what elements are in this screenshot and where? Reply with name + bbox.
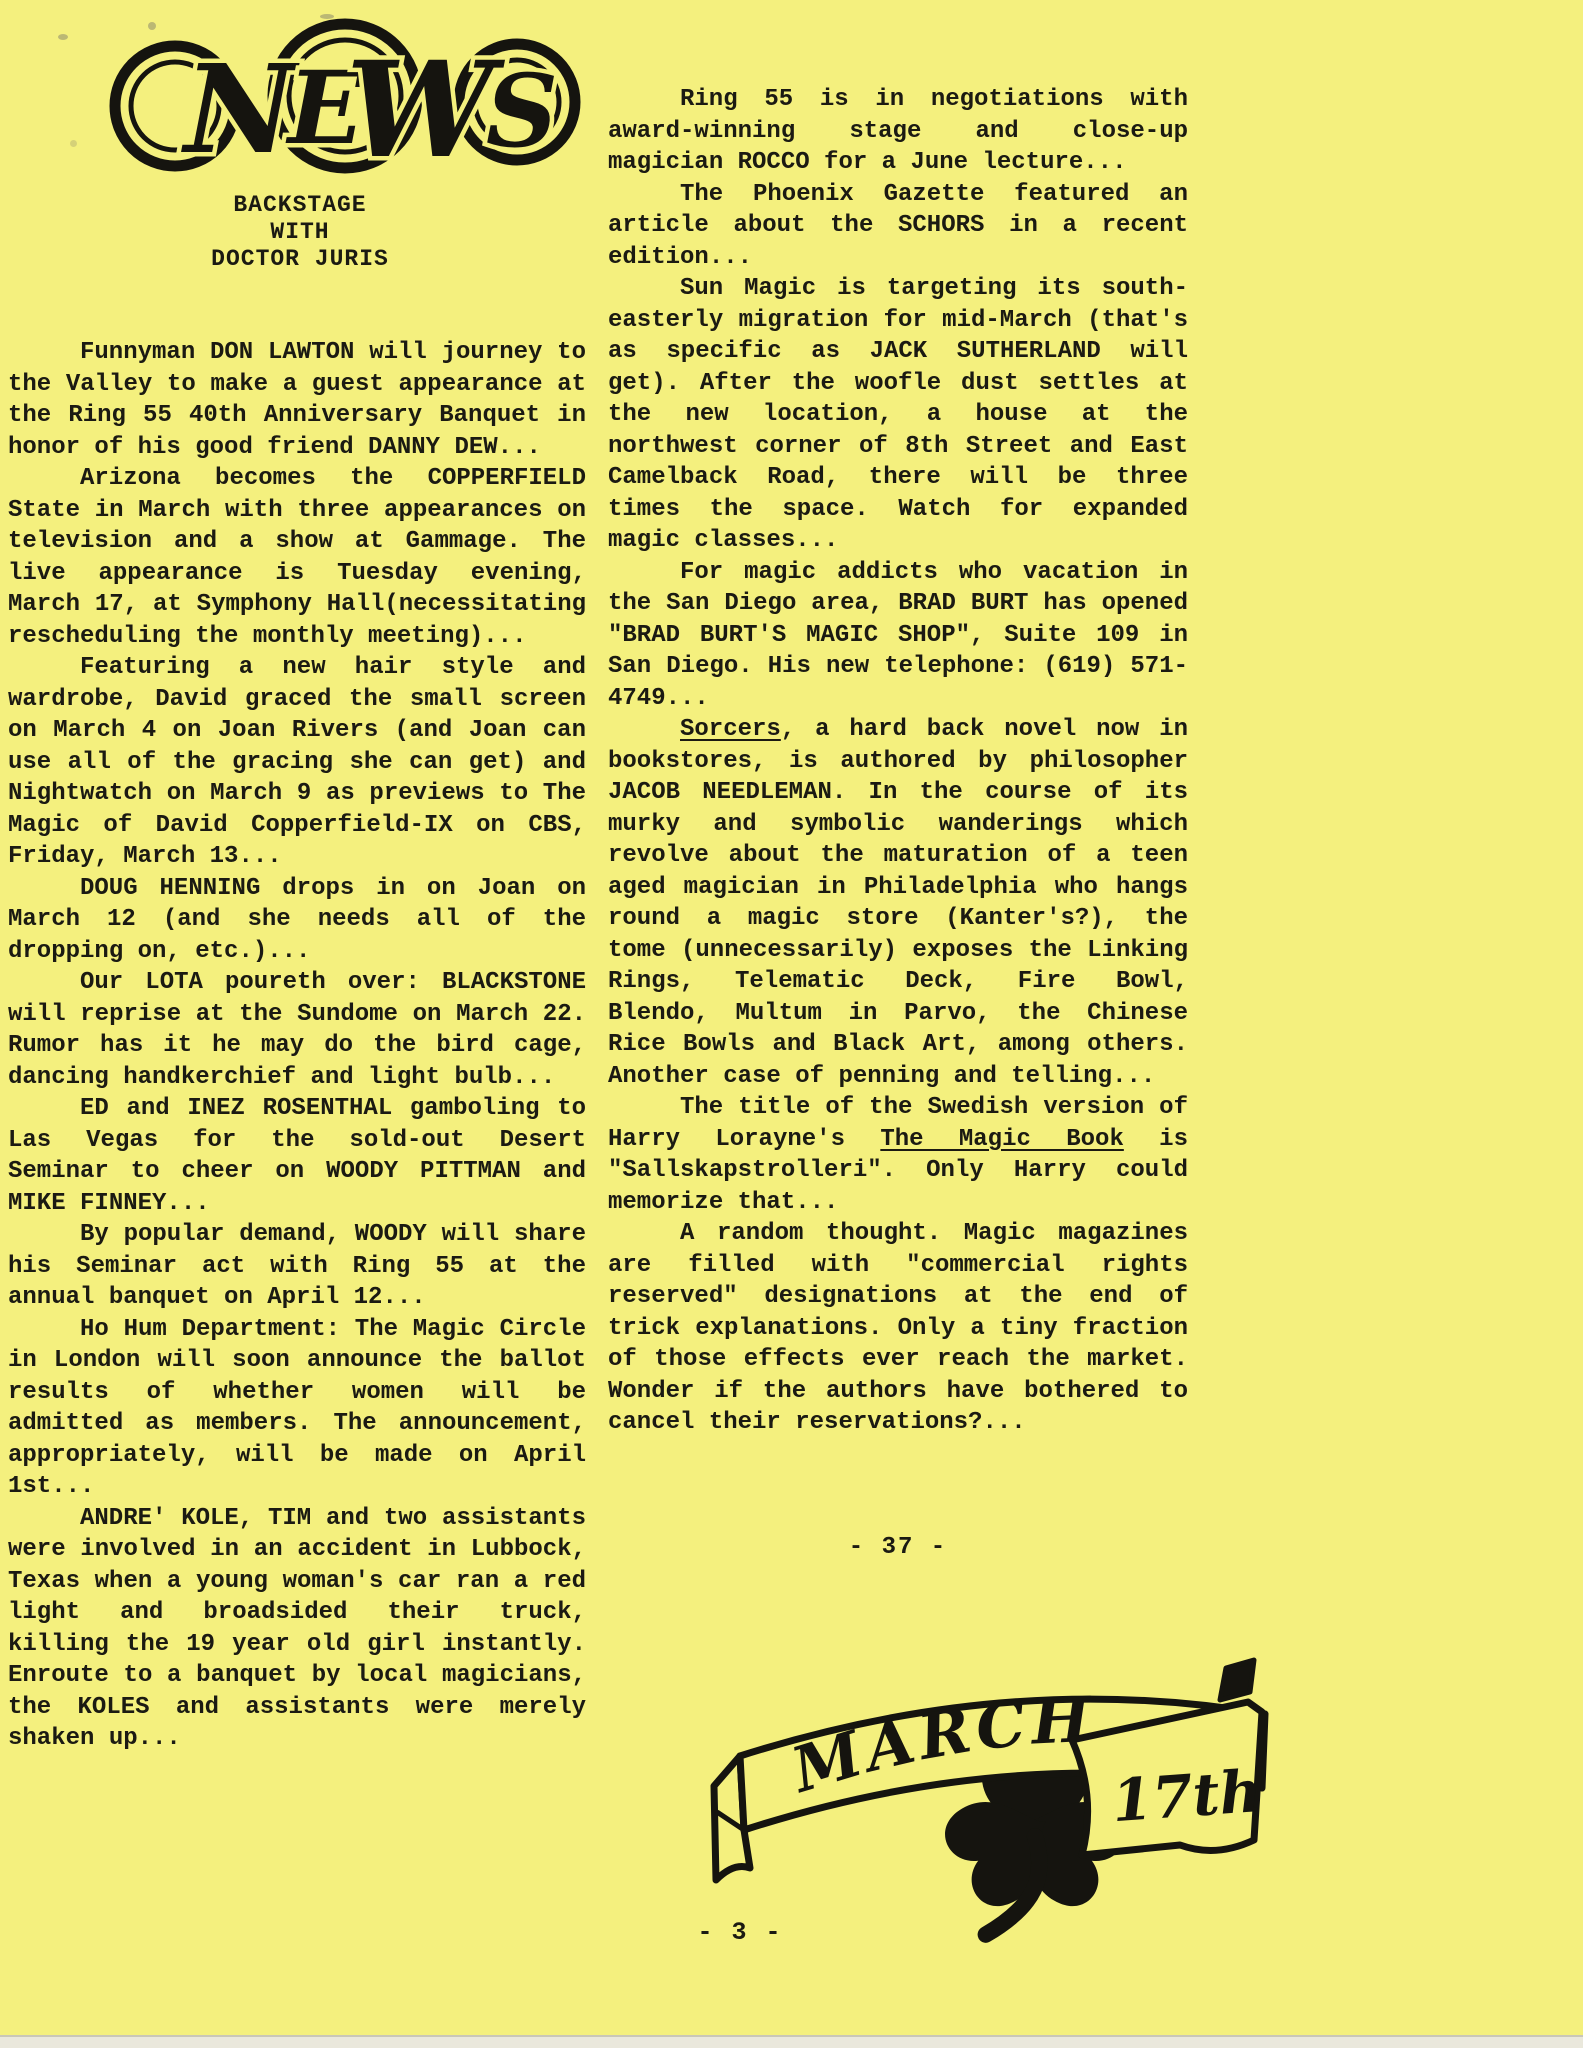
column-header-line: DOCTOR JURIS: [120, 246, 480, 273]
column-header: BACKSTAGE WITH DOCTOR JURIS: [120, 192, 480, 273]
paper-speck: [70, 140, 77, 147]
paragraph: By popular demand, WOODY will share his …: [8, 1219, 586, 1314]
column-header-line: BACKSTAGE: [120, 192, 480, 219]
paragraph: Ring 55 is in negotiations with award-wi…: [608, 84, 1188, 179]
paragraph: DOUG HENNING drops in on Joan on March 1…: [8, 873, 586, 968]
text-segment: , a hard back novel now in bookstores, i…: [608, 716, 1188, 1090]
paragraph: ED and INEZ ROSENTHAL gamboling to Las V…: [8, 1093, 586, 1219]
paragraph: For magic addicts who vacation in the Sa…: [608, 557, 1188, 715]
banner-flag: 17th: [1072, 1660, 1264, 1855]
text-segment: ANDRE' KOLE, TIM and two assistants were…: [8, 1505, 586, 1753]
right-column: Ring 55 is in negotiations with award-wi…: [608, 84, 1188, 1439]
text-segment: By popular demand, WOODY will share his …: [8, 1221, 586, 1311]
paragraph: Ho Hum Department: The Magic Circle in L…: [8, 1314, 586, 1503]
underlined-text: Sorcers: [680, 716, 781, 743]
paragraph: Our LOTA poureth over: BLACKSTONE will r…: [8, 967, 586, 1093]
text-segment: Ring 55 is in negotiations with award-wi…: [608, 86, 1188, 176]
paragraph: Sun Magic is targeting its south-easterl…: [608, 273, 1188, 557]
paragraph: Sorcers, a hard back novel now in bookst…: [608, 714, 1188, 1092]
page-number: - 3 -: [640, 1918, 840, 1947]
text-segment: Featuring a new hair style and wardrobe,…: [8, 654, 586, 870]
column-header-line: WITH: [120, 219, 480, 246]
inner-page-number: - 37 -: [608, 1532, 1188, 1564]
underlined-text: The Magic Book: [880, 1126, 1124, 1153]
left-column: Funnyman DON LAWTON will journey to the …: [8, 337, 586, 1755]
paragraph: ANDRE' KOLE, TIM and two assistants were…: [8, 1503, 586, 1755]
paragraph: A random thought. Magic magazines are fi…: [608, 1218, 1188, 1439]
newsletter-page: N E W S BACKSTAGE WITH DOCTOR JURIS Funn…: [0, 0, 1583, 2048]
text-segment: Arizona becomes the COPPERFIELD State in…: [8, 465, 586, 650]
text-segment: Funnyman DON LAWTON will journey to the …: [8, 339, 586, 461]
march-banner: MARCH 17th: [700, 1648, 1340, 1948]
paragraph: The title of the Swedish version of Harr…: [608, 1092, 1188, 1218]
logo-letter-s: S: [486, 52, 558, 170]
paragraph: Featuring a new hair style and wardrobe,…: [8, 652, 586, 873]
text-segment: A random thought. Magic magazines are fi…: [608, 1220, 1188, 1436]
text-segment: ED and INEZ ROSENTHAL gamboling to Las V…: [8, 1095, 586, 1217]
text-segment: Ho Hum Department: The Magic Circle in L…: [8, 1316, 586, 1501]
text-segment: DOUG HENNING drops in on Joan on March 1…: [8, 875, 586, 965]
paper-speck: [58, 34, 68, 40]
text-segment: The Phoenix Gazette featured an article …: [608, 181, 1188, 271]
scan-edge: [0, 2035, 1583, 2048]
paragraph: The Phoenix Gazette featured an article …: [608, 179, 1188, 274]
logo-letter-n: N: [180, 37, 300, 181]
news-logo: N E W S: [90, 16, 600, 186]
text-segment: Sun Magic is targeting its south-easterl…: [608, 275, 1188, 554]
text-segment: Our LOTA poureth over: BLACKSTONE will r…: [8, 969, 586, 1091]
logo-letter-w: W: [346, 33, 506, 186]
text-segment: For magic addicts who vacation in the Sa…: [608, 559, 1188, 712]
paragraph: Funnyman DON LAWTON will journey to the …: [8, 337, 586, 463]
paragraph: Arizona becomes the COPPERFIELD State in…: [8, 463, 586, 652]
banner-day-text: 17th: [1110, 1757, 1264, 1835]
